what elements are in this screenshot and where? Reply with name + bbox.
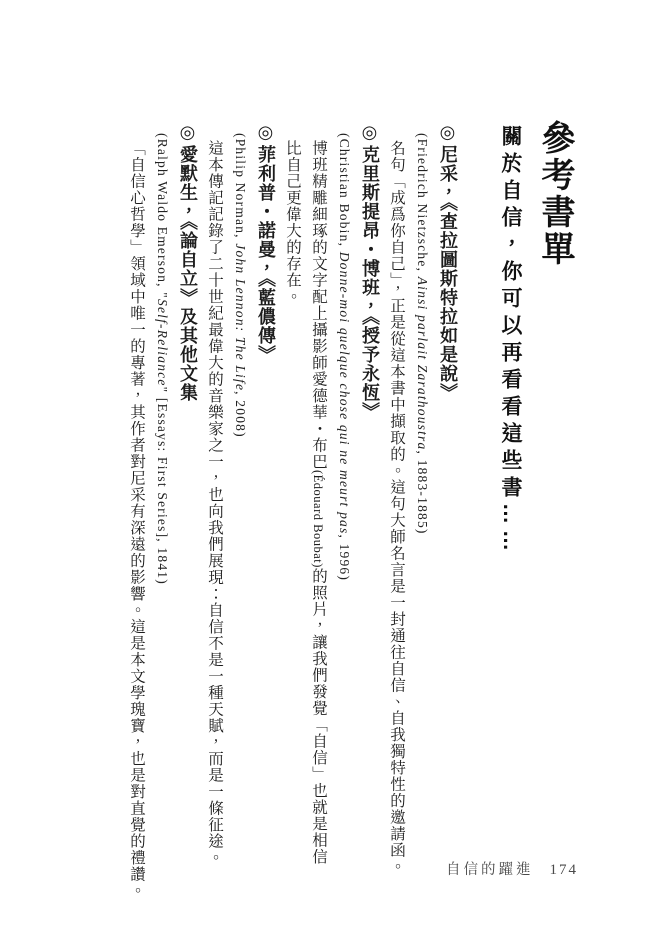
- entry-description: 博班精雕細琢的文字配上攝影師愛德華・布巴(Édouard Boubat)的照片，…: [305, 118, 331, 918]
- page-subtitle: 關於自信，你可以再看看這些書……: [497, 118, 523, 918]
- book-entry-emerson: ◎愛默生，《論自立》及其他文集 (Ralph Waldo Emerson, "S…: [123, 118, 201, 918]
- citation-post: , 2008): [233, 391, 248, 438]
- page-title: 參考書單: [533, 118, 575, 918]
- entry-title: ◎尼采，《查拉圖斯特拉如是說》: [435, 118, 461, 918]
- entry-description: 「自信心哲學」領域中唯一的專著，其作者對尼采有深遠的影響。這是本文學瑰寶，也是對…: [123, 118, 149, 918]
- entry-bullet-marker: ◎: [438, 122, 458, 145]
- description-text-pre: 博班精雕細琢的文字配上攝影師愛德華・布巴: [310, 140, 327, 470]
- entry-description: 名句「成爲你自己」，正是從這本書中擷取的。這句大師名言是一封通往自信、自我獨特性…: [383, 118, 409, 918]
- citation-pre: (Friedrich Nietzsche,: [415, 133, 430, 277]
- entry-citation: (Christian Bobin, Donne-moi quelque chos…: [331, 118, 357, 918]
- entry-citation: (Friedrich Nietzsche, Ainsi parlait Zara…: [409, 118, 435, 918]
- entry-title: ◎愛默生，《論自立》及其他文集: [175, 118, 201, 918]
- entry-bullet-marker: ◎: [360, 122, 380, 145]
- entry-title-text: 尼采，《查拉圖斯特拉如是說》: [438, 145, 458, 402]
- entry-title-text: 菲利普・諾曼，《藍儂傳》: [256, 145, 276, 364]
- running-footer: 自信的躍進174: [446, 858, 578, 879]
- citation-post: , 1996): [337, 534, 352, 581]
- book-entry-nietzsche: ◎尼采，《查拉圖斯特拉如是說》 (Friedrich Nietzsche, Ai…: [383, 118, 461, 918]
- citation-pre: (Philip Norman,: [233, 133, 248, 243]
- entry-description-continued: 比自己更偉大的存在。: [279, 118, 305, 918]
- book-entry-norman: ◎菲利普・諾曼，《藍儂傳》 (Philip Norman, John Lenno…: [201, 118, 279, 918]
- entry-bullet-marker: ◎: [256, 122, 276, 145]
- entry-citation: (Ralph Waldo Emerson, "Self-Reliance" [E…: [149, 118, 175, 918]
- citation-work-title: Donne-moi quelque chose qui ne meurt pas: [337, 252, 352, 535]
- running-book-title: 自信的躍進: [446, 862, 534, 878]
- citation-work-title: Ainsi parlait Zarathoustra: [415, 277, 430, 451]
- entry-citation: (Philip Norman, John Lennon: The Life, 2…: [227, 118, 253, 918]
- page-number: 174: [550, 862, 579, 878]
- book-entry-bobin: ◎克里斯提昂・博班，《授予永恆》 (Christian Bobin, Donne…: [279, 118, 383, 918]
- citation-post: , 1883-1885): [415, 450, 430, 534]
- entry-description: 這本傳記記錄了二十世紀最偉大的音樂家之一，也向我們展現：自信不是一種天賦，而是一…: [201, 118, 227, 918]
- entry-title-text: 克里斯提昂・博班，《授予永恆》: [360, 145, 380, 421]
- photographer-name-latin: (Édouard Boubat): [311, 470, 325, 568]
- citation-work-title: John Lennon: The Life: [233, 243, 248, 391]
- entry-bullet-marker: ◎: [178, 122, 198, 145]
- entry-title: ◎菲利普・諾曼，《藍儂傳》: [253, 118, 279, 918]
- citation-work-title: Self-Reliance: [155, 299, 170, 387]
- book-page: 參考書單 關於自信，你可以再看看這些書…… ◎尼采，《查拉圖斯特拉如是說》 (F…: [0, 0, 663, 932]
- description-text-post: 的照片，讓我們發覺「自信」也就是相信: [310, 568, 327, 865]
- entry-title: ◎克里斯提昂・博班，《授予永恆》: [357, 118, 383, 918]
- citation-pre: (Christian Bobin,: [337, 133, 352, 252]
- vertical-text-area: 參考書單 關於自信，你可以再看看這些書…… ◎尼采，《查拉圖斯特拉如是說》 (F…: [123, 118, 575, 918]
- citation-post: " [Essays: First Series], 1841): [155, 387, 170, 585]
- entry-title-text: 愛默生，《論自立》及其他文集: [178, 145, 198, 402]
- citation-pre: (Ralph Waldo Emerson, ": [155, 133, 170, 299]
